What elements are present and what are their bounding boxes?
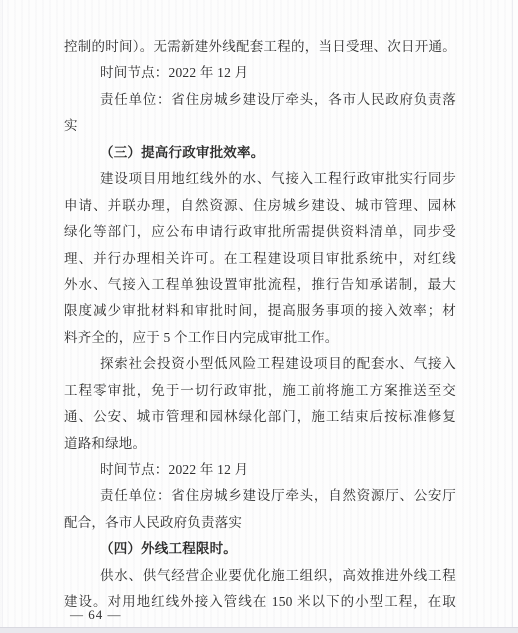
text-line: 道路和绿地。 (64, 431, 456, 457)
text-line: 供水、供气经营企业要优化施工组织，高效推进外线工程 (64, 563, 456, 589)
text-line: 建设。对用地红线外接入管线在 150 米以下的小型工程，在取 (64, 589, 456, 615)
text-line: 时间节点：2022 年 12 月 (64, 457, 456, 483)
text-line: 限度减少审批材料和审批时间，提高服务事项的接入效率；材 (64, 298, 456, 324)
text-line: 时间节点：2022 年 12 月 (64, 60, 456, 86)
text-line: 责任单位：省住房城乡建设厅牵头，自然资源厅、公安厅 (64, 483, 456, 509)
section-heading-line: （三）提高行政审批效率。 (64, 140, 456, 166)
text-line: 责任单位：省住房城乡建设厅牵头，各市人民政府负责落 (64, 87, 456, 113)
text-line: 料齐全的，应于 5 个工作日内完成审批工作。 (64, 325, 456, 351)
text-line: 探索社会投资小型低风险工程建设项目的配套水、气接入 (64, 351, 456, 377)
text-line: 理、并行办理相关许可。在工程建设项目审批系统中，对红线 (64, 246, 456, 272)
text-line: 建设项目用地红线外的水、气接入工程行政审批实行同步 (64, 166, 456, 192)
scanned-document-page: 控制的时间）。无需新建外线配套工程的，当日受理、次日开通。时间节点：2022 年… (0, 0, 518, 633)
text-line: 工程零审批，免于一切行政审批，施工前将施工方案推送至交 (64, 378, 456, 404)
scan-edge-bottom (0, 627, 518, 633)
text-line: 申请、并联办理，自然资源、住房城乡建设、城市管理、园林 (64, 193, 456, 219)
text-line: 实 (64, 113, 456, 139)
text-line: 通、公安、城市管理和园林绿化部门，施工结束后按标准修复 (64, 404, 456, 430)
text-line: 外水、气接入工程单独设置审批流程，推行告知承诺制，最大 (64, 272, 456, 298)
page-edge-right-line (512, 0, 513, 633)
page-edge-left-line (2, 0, 3, 633)
page-number: — 64 — (70, 605, 122, 625)
text-line: 绿化等部门，应公布申请行政审批所需提供资料清单，同步受 (64, 219, 456, 245)
text-line: 控制的时间）。无需新建外线配套工程的，当日受理、次日开通。 (64, 34, 456, 60)
section-heading-line: （四）外线工程限时。 (64, 536, 456, 562)
document-body: 控制的时间）。无需新建外线配套工程的，当日受理、次日开通。时间节点：2022 年… (64, 34, 456, 616)
text-line: 配合，各市人民政府负责落实 (64, 510, 456, 536)
